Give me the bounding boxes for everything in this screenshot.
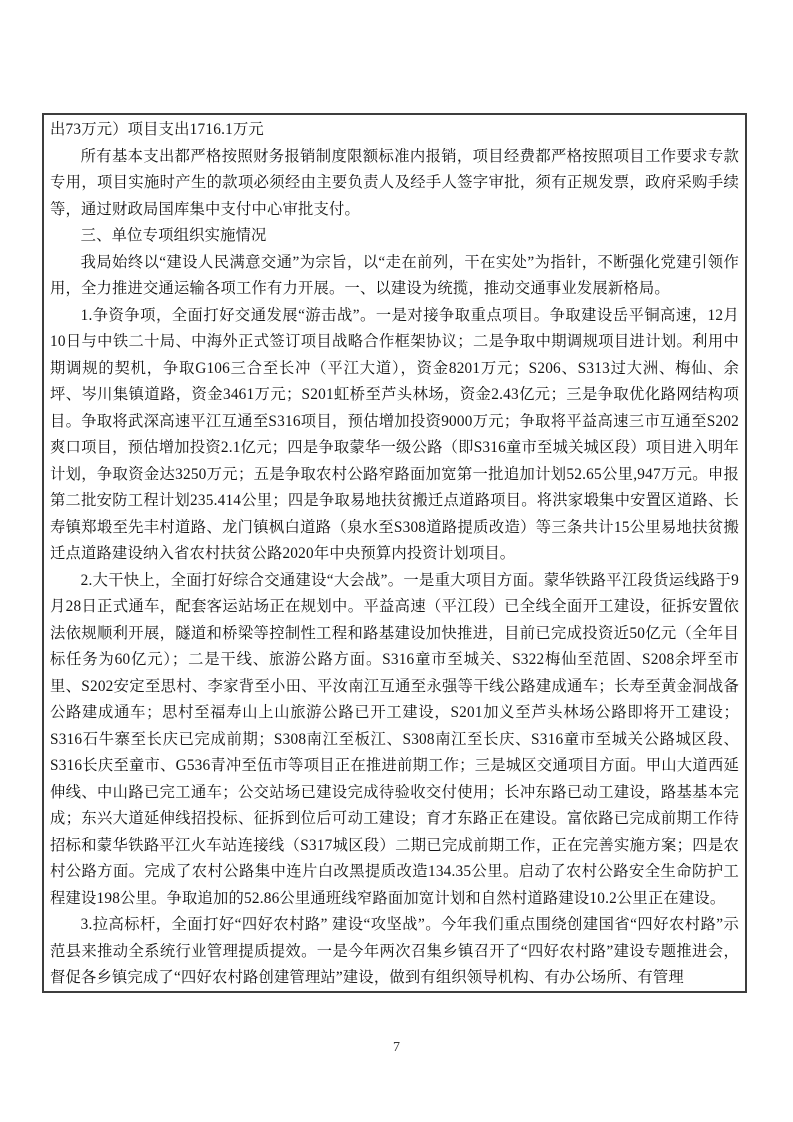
document-page: 出73万元）项目支出1716.1万元 所有基本支出都严格按照财务报销制度限额标准… (0, 0, 793, 1122)
paragraph-expenditure-rules: 所有基本支出都严格按照财务报销制度限额标准内报销，项目经费都严格按照项目工作要求… (50, 144, 739, 224)
paragraph-overview: 我局始终以“建设人民满意交通”为宗旨，以“走在前列，干在实处”为指针，不断强化党… (50, 250, 739, 303)
page-number: 7 (0, 1040, 793, 1056)
paragraph-item-2: 2.大干快上，全面打好综合交通建设“大会战”。一是重大项目方面。蒙华铁路平江段货… (50, 568, 739, 913)
section-heading: 三、单位专项组织实施情况 (50, 223, 739, 250)
paragraph-continuation: 出73万元）项目支出1716.1万元 (50, 117, 739, 144)
document-body-cell: 出73万元）项目支出1716.1万元 所有基本支出都严格按照财务报销制度限额标准… (42, 113, 747, 993)
paragraph-item-1: 1.争资争项，全面打好交通发展“游击战”。一是对接争取重点项目。争取建设岳平铜高… (50, 303, 739, 568)
paragraph-item-3: 3.拉高标杆，全面打好“四好农村路” 建设“攻坚战”。今年我们重点围绕创建国省“… (50, 912, 739, 992)
